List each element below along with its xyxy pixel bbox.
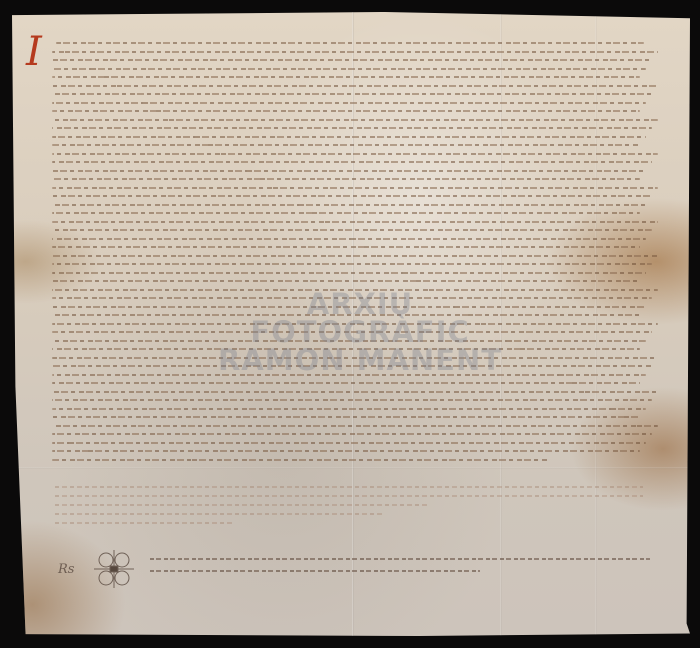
text-line: [52, 51, 658, 53]
text-line: [52, 170, 646, 172]
text-line: [52, 374, 646, 376]
text-line: [52, 323, 658, 325]
text-line: [55, 486, 643, 488]
text-line: [52, 263, 652, 265]
text-line: [52, 416, 640, 418]
signature-prefix: Rs: [58, 562, 74, 577]
text-line: [52, 425, 658, 427]
text-line: [52, 272, 646, 274]
text-line: [52, 153, 658, 155]
text-line: [52, 127, 652, 129]
text-line: [52, 59, 652, 61]
text-line: [52, 212, 640, 214]
text-line: [52, 399, 652, 401]
text-line: [52, 340, 646, 342]
text-line: [56, 42, 644, 44]
text-line: [52, 221, 658, 223]
text-line: [52, 144, 640, 146]
text-line: [52, 85, 658, 87]
text-line: [52, 348, 640, 350]
text-line: [52, 408, 646, 410]
text-line: [52, 450, 640, 452]
signature-text-line: [150, 558, 650, 560]
text-line: [52, 314, 640, 316]
illuminated-initial: I: [26, 32, 42, 72]
text-line: [52, 382, 640, 384]
text-line: [52, 76, 640, 78]
text-line: [52, 297, 652, 299]
text-line: [52, 195, 652, 197]
horizontal-fold: [12, 467, 690, 469]
text-line: [52, 246, 640, 248]
text-line: [55, 495, 643, 497]
text-line: [52, 102, 646, 104]
text-line: [52, 110, 640, 112]
text-line: [52, 178, 640, 180]
text-line: [52, 280, 640, 282]
text-line: [52, 68, 646, 70]
text-line: [52, 161, 652, 163]
text-line: [55, 504, 427, 506]
text-line: [52, 119, 658, 121]
text-line: [55, 522, 235, 524]
text-line: [52, 187, 658, 189]
text-line: [52, 255, 658, 257]
text-line: [52, 365, 652, 367]
text-line: [52, 289, 658, 291]
text-line: [52, 93, 652, 95]
text-line: [52, 459, 549, 461]
signature-text-line: [150, 570, 480, 572]
text-line: [52, 331, 652, 333]
secondary-text-body: [55, 486, 655, 531]
main-text-body: [52, 42, 658, 467]
sign-manual-icon: [94, 550, 134, 588]
text-line: [52, 238, 646, 240]
text-line: [52, 229, 652, 231]
text-line: [52, 136, 646, 138]
text-line: [55, 513, 385, 515]
text-line: [52, 442, 646, 444]
text-line: [52, 204, 646, 206]
signature-block: Rs: [58, 548, 658, 588]
text-line: [52, 357, 658, 359]
text-line: [52, 433, 652, 435]
text-line: [52, 391, 658, 393]
text-line: [52, 306, 646, 308]
